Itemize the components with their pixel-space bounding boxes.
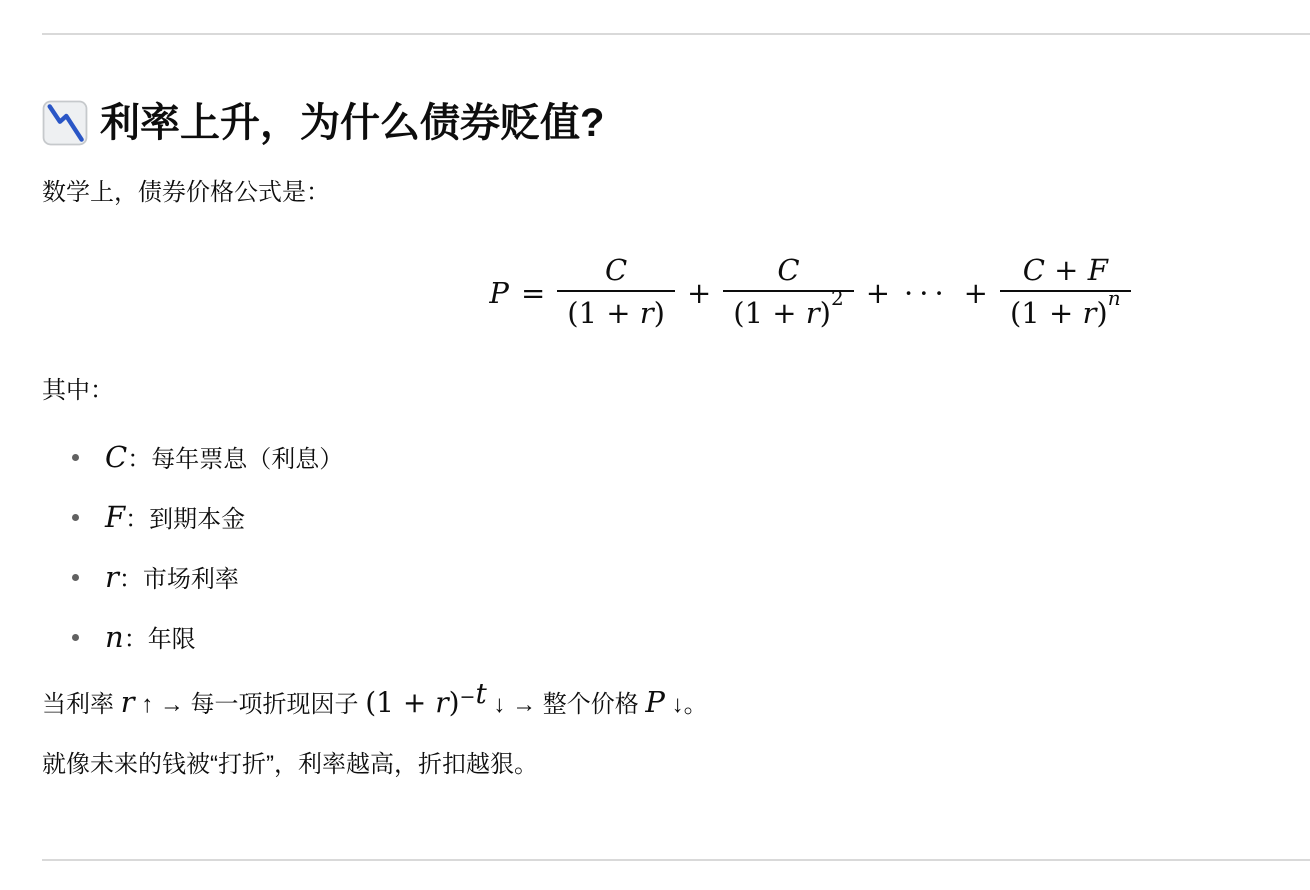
where-label: 其中： xyxy=(42,375,1310,407)
bullet-dot xyxy=(72,454,79,461)
plus-sign: + xyxy=(687,276,711,310)
definition-item-f: F：到期本金 xyxy=(42,500,1310,537)
cdots: ··· xyxy=(904,276,950,310)
math-symbol: F xyxy=(105,500,125,534)
definition-desc: 每年票息（利息） xyxy=(151,446,343,473)
bond-price-formula: P = C (1 + r) + C (1 + r)2 + ··· + C + xyxy=(176,249,1310,337)
fraction-term-1: C (1 + r) xyxy=(557,250,675,336)
plus-sign: + xyxy=(964,276,988,310)
math-symbol: n xyxy=(105,620,124,654)
formula-inner: P = C (1 + r) + C (1 + r)2 + ··· + C + xyxy=(489,249,1130,337)
numerator-1: C xyxy=(605,255,627,285)
plus-sign: + xyxy=(866,276,890,310)
math-symbol: r xyxy=(105,560,119,594)
fraction-term-3: C + F (1 + r)n xyxy=(1000,250,1131,336)
chat-message-body: 利率上升，为什么债券贬值? 数学上，债券价格公式是： P = C (1 + r)… xyxy=(0,33,1310,861)
intro-paragraph: 数学上，债券价格公式是： xyxy=(42,177,1310,209)
definitions-list: C：每年票息（利息） F：到期本金 r：市场利率 n：年限 xyxy=(42,440,1310,657)
bullet-dot xyxy=(72,514,79,521)
top-divider xyxy=(42,33,1310,35)
definition-desc: 年限 xyxy=(148,626,196,653)
exponent-minus-t: −t xyxy=(460,686,487,708)
conclusion-line-1: 当利率 r ↑ → 每一项折现因子 (1 + r)−t ↓ → 整个价格 P ↓… xyxy=(42,680,1310,727)
bullet-dot xyxy=(72,574,79,581)
chart-decreasing-emoji xyxy=(42,100,88,146)
definition-item-c: C：每年票息（利息） xyxy=(42,440,1310,477)
numerator-2: C xyxy=(777,255,799,285)
definition-item-n: n：年限 xyxy=(42,620,1310,657)
inline-math-p: P xyxy=(645,685,665,719)
formula-lhs: P xyxy=(489,276,509,310)
inline-math-discount-factor: (1 + r)−t xyxy=(365,686,487,719)
inline-math-r: r xyxy=(121,685,135,719)
definition-item-r: r：市场利率 xyxy=(42,560,1310,597)
fraction-term-2: C (1 + r)2 xyxy=(723,250,853,336)
definition-desc: 市场利率 xyxy=(143,566,239,593)
conclusion-line-2: 就像未来的钱被“打折”，利率越高，折扣越狠。 xyxy=(42,749,1310,781)
heading-text: 利率上升，为什么债券贬值? xyxy=(100,99,604,147)
math-symbol: C xyxy=(105,440,127,474)
section-heading: 利率上升，为什么债券贬值? xyxy=(42,99,1310,147)
equals-sign: = xyxy=(521,276,545,310)
bullet-dot xyxy=(72,634,79,641)
bottom-divider xyxy=(42,859,1310,861)
definition-desc: 到期本金 xyxy=(149,506,245,533)
